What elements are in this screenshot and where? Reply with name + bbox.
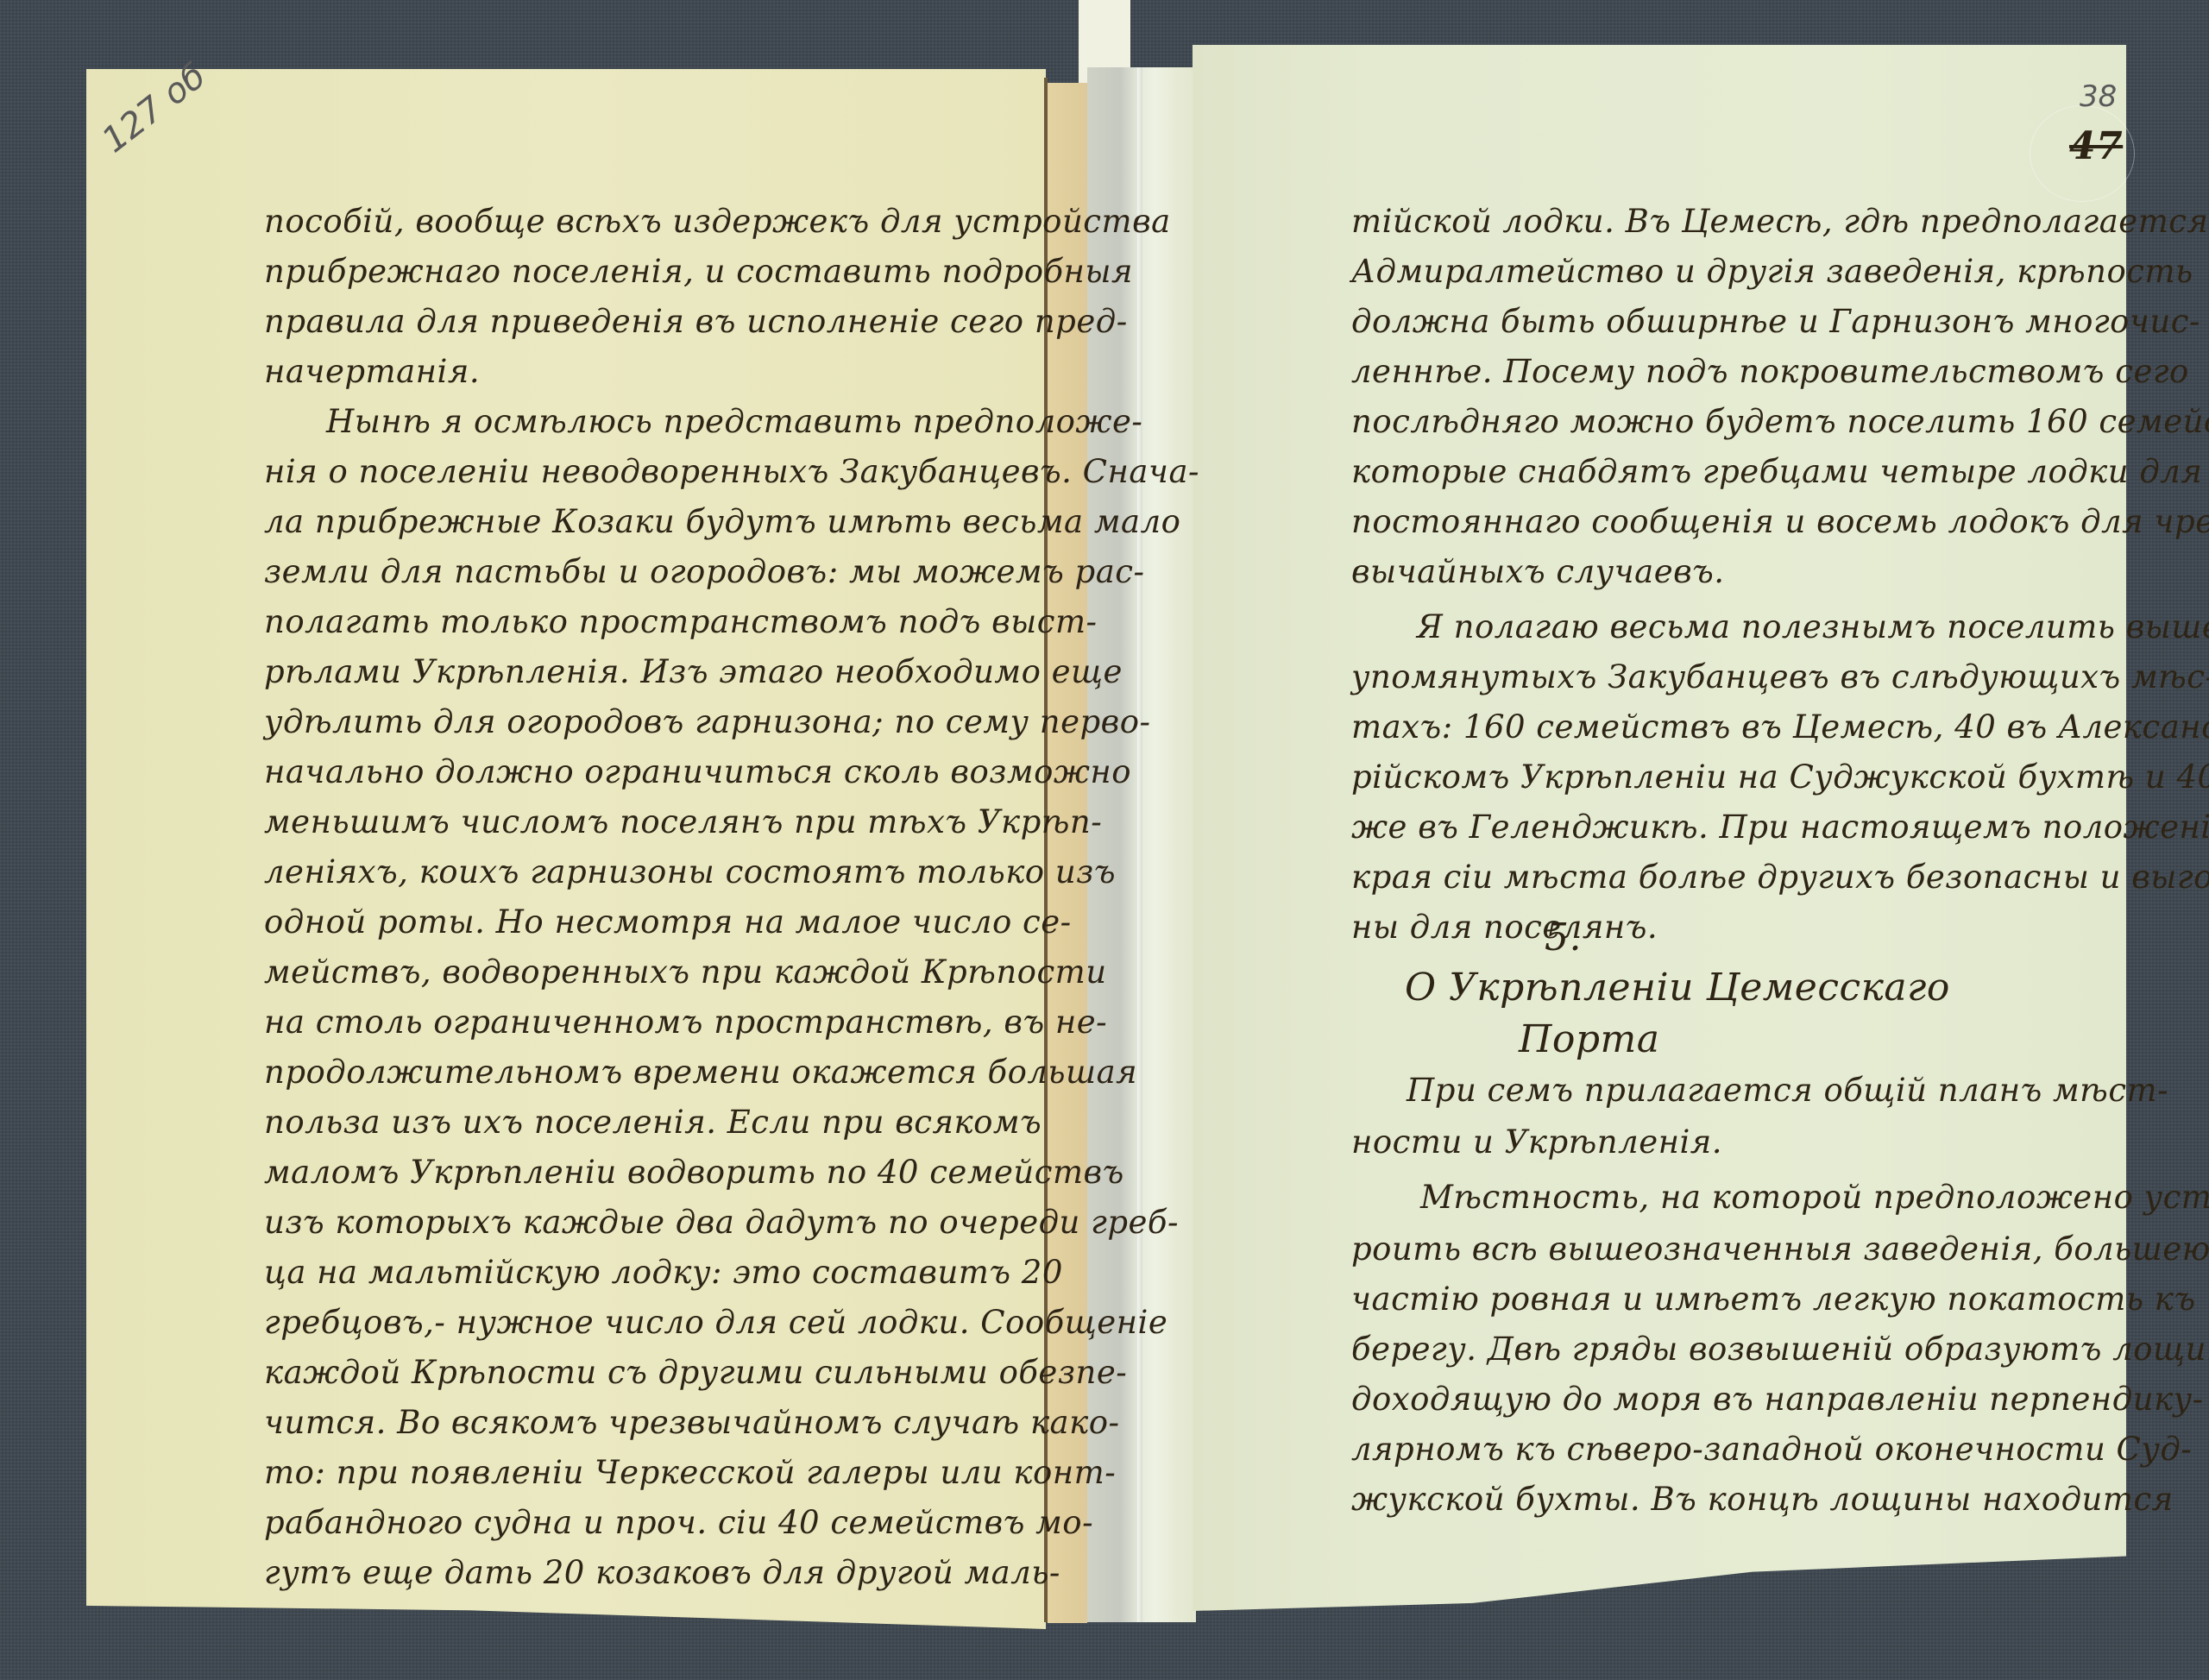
- right-folio-crossed-number: 47: [2069, 128, 2123, 166]
- text-line: ны для поселянъ.: [1351, 911, 1658, 943]
- text-line: пособій, вообще всѣхъ издержекъ для устр…: [264, 205, 1171, 237]
- text-line: лярномъ къ сѣверо-западной оконечности С…: [1351, 1433, 2192, 1465]
- text-line: польза изъ ихъ поселенія. Если при всяко…: [264, 1106, 1042, 1138]
- gutter-fold: [1137, 67, 1142, 1622]
- text-line: продолжительномъ времени окажется больша…: [264, 1056, 1137, 1088]
- text-line: ла прибрежные Козаки будутъ имѣть весьма…: [264, 506, 1180, 538]
- text-line: то: при появленіи Черкесской галеры или …: [264, 1457, 1116, 1488]
- text-line: меньшимъ числомъ поселянъ при тѣхъ Укрѣп…: [264, 806, 1102, 838]
- text-line: рабандного судна и проч. сіи 40 семейств…: [264, 1507, 1093, 1538]
- text-line: начально должно ограничиться сколь возмо…: [264, 756, 1131, 788]
- text-line: должна быть обширнѣе и Гарнизонъ многочи…: [1351, 305, 2200, 337]
- text-line: земли для пастьбы и огородовъ: мы можемъ…: [264, 556, 1145, 588]
- text-line: леніяхъ, коихъ гарнизоны состоятъ только…: [264, 856, 1116, 888]
- section-number: 5.: [1545, 919, 1582, 957]
- text-line: прибрежнаго поселенія, и составить подро…: [264, 255, 1133, 287]
- text-line: удѣлить для огородовъ гарнизона; по сему…: [264, 706, 1150, 738]
- text-line: края сіи мѣста болѣе другихъ безопасны и…: [1351, 861, 2209, 893]
- text-line: которые снабдятъ гребцами четыре лодки д…: [1351, 456, 2202, 488]
- text-line: правила для приведенія въ исполненіе сег…: [264, 305, 1128, 337]
- text-line: нія о поселеніи неводворенныхъ Закубанце…: [264, 456, 1199, 488]
- text-line: полагать только пространствомъ подъ выст…: [264, 606, 1098, 638]
- text-line: вычайныхъ случаевъ.: [1351, 556, 1725, 588]
- text-line: постояннаго сообщенія и восемь лодокъ дл…: [1351, 506, 2209, 538]
- text-line: начертанія.: [264, 356, 480, 387]
- text-line: рійскомъ Укрѣпленіи на Суджукской бухтѣ …: [1351, 761, 2209, 793]
- text-line: мействъ, водворенныхъ при каждой Крѣпост…: [264, 956, 1107, 988]
- text-line: упомянутыхъ Закубанцевъ въ слѣдующихъ мѣ…: [1351, 661, 2209, 693]
- text-line: жукской бухты. Въ концѣ лощины находится: [1351, 1483, 2174, 1515]
- text-line: одной роты. Но несмотря на малое число с…: [264, 906, 1072, 938]
- text-line: чится. Во всякомъ чрезвычайномъ случаѣ к…: [264, 1406, 1119, 1438]
- section-title-line-1: О Укрѣпленіи Цемесскаго: [1405, 969, 1950, 1007]
- text-line: гутъ еще дать 20 козаковъ для другой мал…: [264, 1557, 1060, 1589]
- text-line: роить всѣ вышеозначенныя заведенія, боль…: [1351, 1233, 2209, 1265]
- paragraph-start: Мѣстность, на которой предположено уст-: [1420, 1181, 2209, 1213]
- text-line: на столь ограниченномъ пространствѣ, въ …: [264, 1006, 1107, 1038]
- text-line: же въ Геленджикѣ. При настоящемъ положен…: [1351, 811, 2209, 843]
- paragraph-start: Я полагаю весьма полезнымъ поселить выше: [1417, 611, 2209, 643]
- text-line: каждой Крѣпости съ другими сильными обез…: [264, 1356, 1127, 1388]
- text-line: послѣдняго можно будетъ поселить 160 сем…: [1351, 406, 2209, 437]
- right-folio-pencil-number: 38: [2080, 79, 2117, 114]
- text-line: тахъ: 160 семействъ въ Цемесѣ, 40 въ Але…: [1351, 711, 2209, 743]
- text-line: гребцовъ,- нужное число для сей лодки. С…: [264, 1306, 1167, 1338]
- text-line: тійской лодки. Въ Цемесѣ, гдѣ предполага…: [1351, 205, 2209, 237]
- text-line: доходящую до моря въ направленіи перпенд…: [1351, 1383, 2204, 1415]
- text-line: рѣлами Укрѣпленія. Изъ этаго необходимо …: [264, 656, 1123, 688]
- section-title-line-2: Порта: [1519, 1021, 1659, 1059]
- text-line: Адмиралтейство и другія заведенія, крѣпо…: [1351, 255, 2193, 287]
- paragraph-start: При семъ прилагается общій планъ мѣст-: [1407, 1074, 2168, 1106]
- text-line: берегу. Двѣ гряды возвышеній образуютъ л…: [1351, 1333, 2209, 1365]
- text-line: маломъ Укрѣпленіи водворить по 40 семейс…: [264, 1156, 1124, 1188]
- text-line: леннѣе. Посему подъ покровительствомъ се…: [1351, 356, 2189, 387]
- paragraph-start: Нынѣ я осмѣлюсь представить предположе-: [326, 406, 1142, 437]
- text-line: частію ровная и имѣетъ легкую покатость …: [1351, 1283, 2196, 1315]
- text-line: изъ которыхъ каждые два дадутъ по очеред…: [264, 1206, 1179, 1238]
- text-line: ца на мальтійскую лодку: это составитъ 2…: [264, 1256, 1063, 1288]
- text-line: ности и Укрѣпленія.: [1351, 1126, 1722, 1158]
